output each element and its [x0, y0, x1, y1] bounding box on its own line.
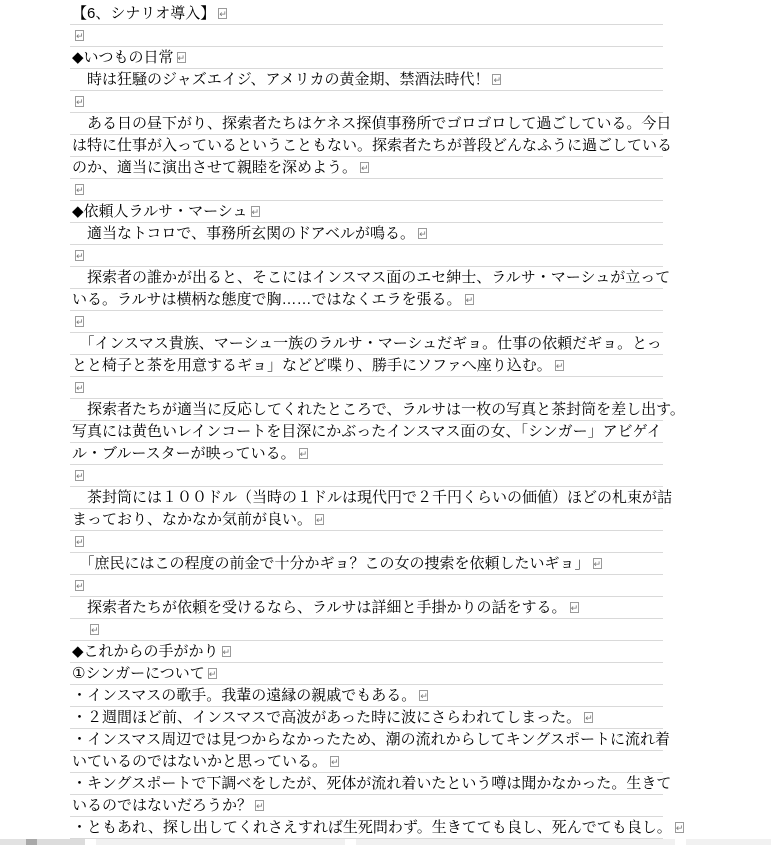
line-text: 探索者の誰かが出ると、そこにはインスマス面のエセ紳士、ラルサ・マーシュが立って — [70, 267, 670, 288]
scrollbar-track-segment[interactable] — [37, 839, 85, 845]
paragraph-mark-icon: ↵ — [675, 822, 684, 833]
empty-line[interactable]: ↵ — [70, 465, 663, 487]
empty-line[interactable]: ↵ — [70, 179, 663, 201]
text-line[interactable]: 探索者たちが依頼を受けるなら、ラルサは詳細と手掛かりの話をする。↵ — [70, 597, 663, 619]
line-text: ◆依頼人ラルサ・マーシュ — [70, 201, 248, 222]
text-line[interactable]: ①シンガーについて↵ — [70, 663, 663, 685]
line-text: ①シンガーについて — [70, 663, 205, 684]
scrollbar-left-button[interactable] — [0, 839, 26, 845]
paragraph-mark-icon: ↵ — [75, 382, 84, 393]
line-text: 探索者たちが依頼を受けるなら、ラルサは詳細と手掛かりの話をする。 — [70, 597, 567, 618]
text-line[interactable]: 探索者たちが適当に反応してくれたところで、ラルサは一枚の写真と茶封筒を差し出す。 — [70, 399, 663, 421]
text-line[interactable]: ・キングスポートで下調べをしたが、死体が流れ着いたという噂は聞かなかった。生きて — [70, 773, 663, 795]
text-line[interactable]: ・インスマス周辺では見つからなかったため、潮の流れからしてキングスポートに流れ着 — [70, 729, 663, 751]
line-text: 茶封筒には１００ドル（当時の１ドルは現代円で２千円くらいの価値）ほどの札束が詰 — [70, 487, 672, 508]
line-text: とと椅子と茶を用意するギョ」などど喋り、勝手にソファへ座り込む。 — [70, 355, 552, 376]
paragraph-mark-icon: ↵ — [251, 206, 260, 217]
line-text: ある日の昼下がり、探索者たちはケネス探偵事務所でゴロゴロして過ごしている。今日 — [70, 113, 671, 134]
empty-line[interactable]: ↵ — [70, 245, 663, 267]
line-text — [70, 465, 72, 486]
line-text: ・２週間ほど前、インスマスで高波があった時に波にさらわれてしまった。 — [70, 707, 581, 728]
line-text — [70, 377, 72, 398]
line-text: いる。ラルサは横柄な態度で胸……ではなくエラを張る。 — [70, 289, 462, 310]
line-text — [70, 245, 72, 266]
text-line[interactable]: 「インスマス貴族、マーシュ一族のラルサ・マーシュだギョ。仕事の依頼だギョ。とっ — [70, 333, 663, 355]
line-text: ・インスマス周辺では見つからなかったため、潮の流れからしてキングスポートに流れ着 — [70, 729, 670, 750]
text-line[interactable]: ◆依頼人ラルサ・マーシュ↵ — [70, 201, 663, 223]
scrollbar-track-gap — [85, 839, 96, 845]
empty-line[interactable]: ↵ — [70, 25, 663, 47]
text-line[interactable]: いる。ラルサは横柄な態度で胸……ではなくエラを張る。↵ — [70, 289, 663, 311]
text-line[interactable]: ・インスマスの歌手。我輩の遠縁の親戚でもある。↵ — [70, 685, 663, 707]
paragraph-mark-icon: ↵ — [75, 580, 84, 591]
text-line[interactable]: のか、適当に演出させて親睦を深めよう。↵ — [70, 157, 663, 179]
paragraph-mark-icon: ↵ — [315, 514, 324, 525]
line-text: 「庶民にはこの程度の前金で十分かギョ？この女の捜索を依頼したいギョ」 — [70, 553, 590, 574]
line-text: は特に仕事が入っているということもない。探索者たちが普段どんなふうに過ごしている — [70, 135, 672, 156]
line-text — [70, 311, 72, 332]
text-line[interactable]: 【6、シナリオ導入】↵ — [70, 3, 663, 25]
paragraph-mark-icon: ↵ — [218, 8, 227, 19]
text-line[interactable]: ル・ブルースターが映っている。↵ — [70, 443, 663, 465]
line-text: 探索者たちが適当に反応してくれたところで、ラルサは一枚の写真と茶封筒を差し出す。 — [70, 399, 685, 420]
scrollbar-thumb[interactable] — [26, 839, 37, 845]
line-text: のか、適当に演出させて親睦を深めよう。 — [70, 157, 357, 178]
paragraph-mark-icon: ↵ — [75, 184, 84, 195]
paragraph-mark-icon: ↵ — [75, 30, 84, 41]
line-text: いるのではないだろうか？ — [70, 795, 252, 816]
empty-line[interactable]: ↵ — [70, 377, 663, 399]
text-line[interactable]: ◆いつもの日常↵ — [70, 47, 663, 69]
paragraph-mark-icon: ↵ — [584, 712, 593, 723]
paragraph-mark-icon: ↵ — [75, 536, 84, 547]
line-text: ◆これからの手がかり — [70, 641, 219, 662]
horizontal-scrollbar[interactable] — [0, 839, 771, 845]
paragraph-mark-icon: ↵ — [90, 624, 99, 635]
text-line[interactable]: いているのではないかと思っている。↵ — [70, 751, 663, 773]
paragraph-mark-icon: ↵ — [419, 690, 428, 701]
text-line[interactable]: ◆これからの手がかり↵ — [70, 641, 663, 663]
text-line[interactable]: 適当なトコロで、事務所玄関のドアベルが鳴る。↵ — [70, 223, 663, 245]
text-line[interactable]: は特に仕事が入っているということもない。探索者たちが普段どんなふうに過ごしている — [70, 135, 663, 157]
paragraph-mark-icon: ↵ — [330, 756, 339, 767]
line-text: ・インスマスの歌手。我輩の遠縁の親戚でもある。 — [70, 685, 416, 706]
paragraph-mark-icon: ↵ — [555, 360, 564, 371]
line-text — [70, 179, 72, 200]
text-line[interactable]: ・２週間ほど前、インスマスで高波があった時に波にさらわれてしまった。↵ — [70, 707, 663, 729]
line-text: ・キングスポートで下調べをしたが、死体が流れ着いたという噂は聞かなかった。生きて — [70, 773, 671, 794]
line-text — [70, 531, 72, 552]
word-document-page: 【6、シナリオ導入】↵↵◆いつもの日常↵ 時は狂騒のジャズエイジ、アメリカの黄金… — [0, 0, 771, 845]
paragraph-mark-icon: ↵ — [465, 294, 474, 305]
line-text: ・ともあれ、探し出してくれさえすれば生死問わず。生きてても良し、死んでても良し。 — [70, 817, 672, 838]
text-line[interactable]: 写真には黄色いレインコートを目深にかぶったインスマス面の女、「シンガー」アビゲイ — [70, 421, 663, 443]
paragraph-mark-icon: ↵ — [222, 646, 231, 657]
line-text — [70, 619, 87, 640]
paragraph-mark-icon: ↵ — [208, 668, 217, 679]
paragraph-mark-icon: ↵ — [299, 448, 308, 459]
empty-line[interactable]: ↵ — [70, 91, 663, 113]
paragraph-mark-icon: ↵ — [75, 470, 84, 481]
paragraph-mark-icon: ↵ — [418, 228, 427, 239]
paragraph-mark-icon: ↵ — [360, 162, 369, 173]
line-text: ル・ブルースターが映っている。 — [70, 443, 296, 464]
text-line[interactable]: 探索者の誰かが出ると、そこにはインスマス面のエセ紳士、ラルサ・マーシュが立って — [70, 267, 663, 289]
line-text: 時は狂騒のジャズエイジ、アメリカの黄金期、禁酒法時代！ — [70, 69, 489, 90]
document-text-area[interactable]: 【6、シナリオ導入】↵↵◆いつもの日常↵ 時は狂騒のジャズエイジ、アメリカの黄金… — [70, 3, 663, 839]
paragraph-mark-icon: ↵ — [492, 74, 501, 85]
text-line[interactable]: いるのではないだろうか？↵ — [70, 795, 663, 817]
line-text — [70, 25, 72, 46]
empty-line[interactable]: ↵ — [70, 531, 663, 553]
paragraph-mark-icon: ↵ — [255, 800, 264, 811]
empty-line[interactable]: ↵ — [70, 619, 663, 641]
line-text — [70, 91, 72, 112]
scrollbar-track-gap — [675, 839, 686, 845]
paragraph-mark-icon: ↵ — [75, 96, 84, 107]
text-line[interactable]: 「庶民にはこの程度の前金で十分かギョ？この女の捜索を依頼したいギョ」↵ — [70, 553, 663, 575]
line-text: いているのではないかと思っている。 — [70, 751, 327, 772]
empty-line[interactable]: ↵ — [70, 575, 663, 597]
paragraph-mark-icon: ↵ — [75, 316, 84, 327]
text-line[interactable]: 時は狂騒のジャズエイジ、アメリカの黄金期、禁酒法時代！↵ — [70, 69, 663, 91]
text-line[interactable]: まっており、なかなか気前が良い。↵ — [70, 509, 663, 531]
empty-line[interactable]: ↵ — [70, 311, 663, 333]
paragraph-mark-icon: ↵ — [177, 52, 186, 63]
line-text: ◆いつもの日常 — [70, 47, 174, 68]
paragraph-mark-icon: ↵ — [570, 602, 579, 613]
line-text: まっており、なかなか気前が良い。 — [70, 509, 312, 530]
text-line[interactable]: ある日の昼下がり、探索者たちはケネス探偵事務所でゴロゴロして過ごしている。今日 — [70, 113, 663, 135]
text-line[interactable]: 茶封筒には１００ドル（当時の１ドルは現代円で２千円くらいの価値）ほどの札束が詰 — [70, 487, 663, 509]
text-line[interactable]: とと椅子と茶を用意するギョ」などど喋り、勝手にソファへ座り込む。↵ — [70, 355, 663, 377]
line-text: 写真には黄色いレインコートを目深にかぶったインスマス面の女、「シンガー」アビゲイ — [70, 421, 662, 442]
line-text: 適当なトコロで、事務所玄関のドアベルが鳴る。 — [70, 223, 415, 244]
paragraph-mark-icon: ↵ — [75, 250, 84, 261]
line-text — [70, 575, 72, 596]
line-text: 「インスマス貴族、マーシュ一族のラルサ・マーシュだギョ。仕事の依頼だギョ。とっ — [70, 333, 662, 354]
text-line[interactable]: ・ともあれ、探し出してくれさえすれば生死問わず。生きてても良し、死んでても良し。… — [70, 817, 663, 839]
scrollbar-track-gap — [345, 839, 356, 845]
line-text: 【6、シナリオ導入】 — [70, 3, 215, 24]
paragraph-mark-icon: ↵ — [593, 558, 602, 569]
